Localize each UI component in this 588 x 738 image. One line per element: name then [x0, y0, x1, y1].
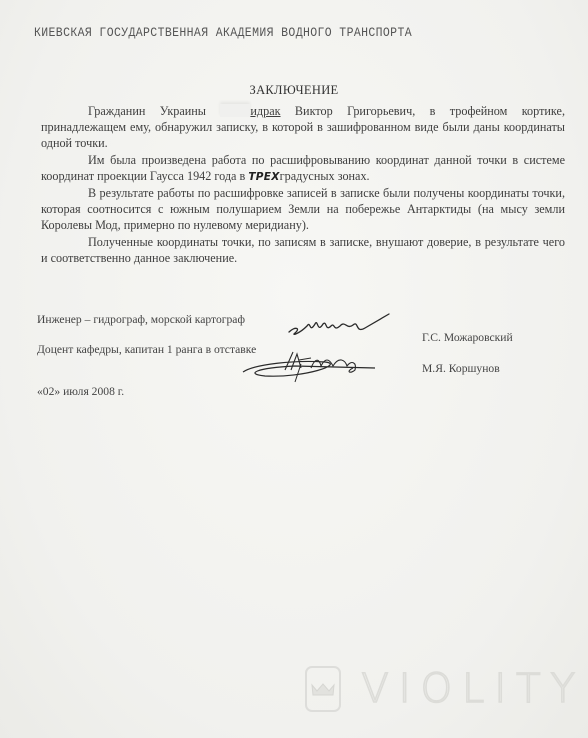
signatory-1-name: Г.С. Можаровский: [422, 331, 513, 344]
signatory-2-name: М.Я. Коршунов: [422, 362, 500, 375]
document-page: Киевская государственная академия водног…: [0, 0, 588, 738]
document-title: ЗАКЛЮЧЕНИЕ: [0, 83, 588, 98]
handwritten-insert: ТРЕХ: [248, 171, 279, 183]
watermark-text: VIOLITY: [361, 666, 585, 712]
watermark: VIOLITY: [305, 665, 585, 713]
paragraph-2-suffix: градусных зонах.: [280, 169, 370, 183]
institution-header: Киевская государственная академия водног…: [34, 26, 476, 40]
signature-2-icon: [235, 344, 385, 384]
document-date: «02» июля 2008 г.: [37, 385, 124, 398]
surname-partial: идрак: [250, 104, 280, 118]
paragraph-3: В результате работы по расшифровке запис…: [41, 185, 565, 234]
redaction-patch: [220, 104, 250, 117]
paragraph-1: Гражданин Украины идрак Виктор Григорьев…: [41, 103, 565, 152]
document-body: Гражданин Украины идрак Виктор Григорьев…: [41, 103, 565, 266]
paragraph-4: Полученные координаты точки, по записям …: [41, 234, 565, 266]
signatory-1-position: Инженер – гидрограф, морской картограф: [37, 313, 245, 326]
signatory-2-position: Доцент кафедры, капитан 1 ранга в отстав…: [37, 343, 256, 356]
paragraph-1-prefix: Гражданин Украины: [88, 104, 220, 118]
crown-icon: [305, 666, 341, 712]
paragraph-2: Им была произведена работа по расшифровы…: [41, 152, 565, 185]
signature-1-icon: [285, 308, 395, 340]
